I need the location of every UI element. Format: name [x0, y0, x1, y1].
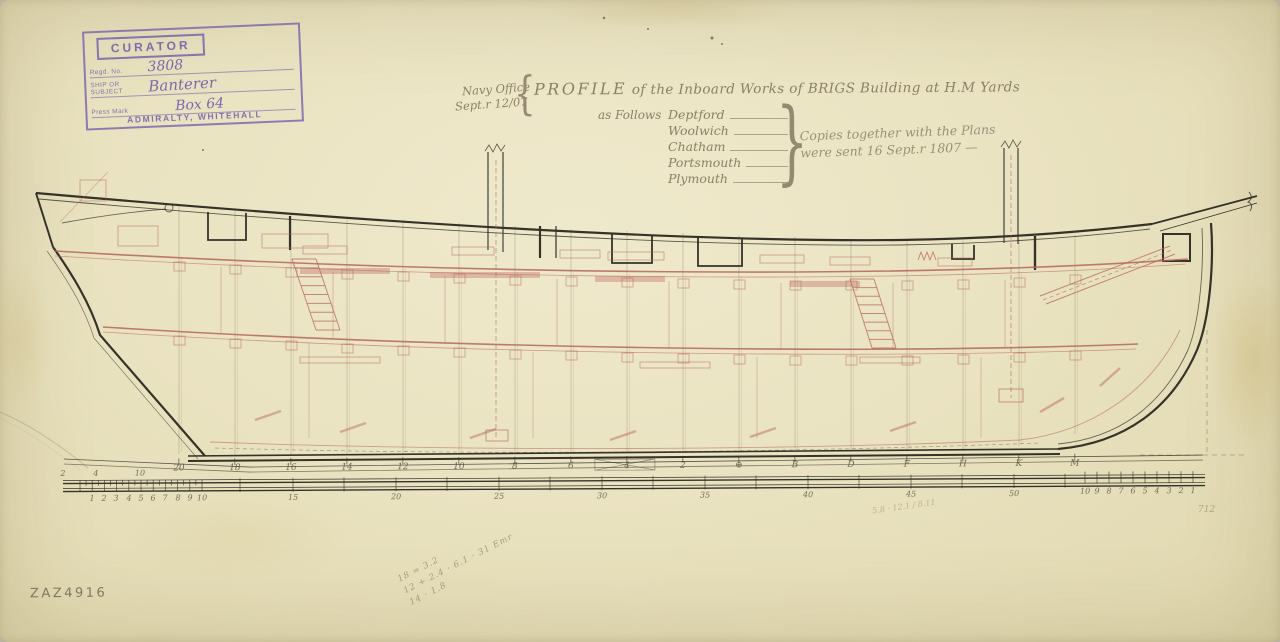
station-label: 2 — [679, 461, 686, 471]
beam-bracket — [510, 350, 521, 359]
scale-foot-label: 4 — [1153, 486, 1159, 495]
scale-foot-label: 15 — [288, 493, 298, 502]
station-label: 12 — [397, 462, 409, 472]
bowsprit — [1040, 246, 1175, 304]
station-label: 10 — [453, 462, 465, 472]
dockyard-name: Deptford — [668, 107, 725, 122]
beam-bracket — [566, 351, 577, 360]
beam-bracket — [678, 279, 689, 288]
hull-outline — [36, 192, 1257, 461]
scale-foot-label: 3 — [114, 494, 119, 503]
scale-foot-label: 7 — [1118, 486, 1124, 495]
archive-reference: ZAZ4916 — [30, 586, 107, 602]
station-label: 4 — [623, 461, 630, 471]
beam-bracket — [174, 336, 185, 345]
inscription-note: Copies together with the Plans were sent… — [799, 121, 996, 162]
scale-foot-label: 9 — [188, 493, 193, 502]
station-label: 8 — [512, 462, 518, 472]
scale-foot-label: 50 — [1009, 489, 1019, 498]
station-label: M — [1069, 459, 1080, 469]
beam-bracket — [902, 281, 913, 290]
station-label: B — [791, 460, 799, 470]
beam-bracket — [1014, 278, 1025, 287]
beam-bracket — [622, 353, 633, 362]
beam-bracket — [790, 356, 801, 365]
dockyard-name: Chatham — [668, 139, 725, 154]
scale-left-labels: 12345678910 — [90, 493, 208, 503]
scale-foot-label: 6 — [1130, 486, 1135, 495]
station-label: 20 — [172, 463, 185, 473]
beam-bracket — [342, 344, 353, 353]
scale-foot-label: 35 — [700, 491, 710, 500]
stamp-field-value: Banterer — [148, 73, 217, 95]
curator-stamp: CURATOR Regd. No. 3808 SHIP OR SUBJECT B… — [82, 22, 304, 130]
station-label: 18 — [229, 463, 241, 473]
scale-major-labels: 1520253035404550 — [288, 489, 1019, 502]
station-label: D — [846, 460, 854, 470]
scale-foot-label: 10 — [1080, 487, 1090, 496]
scale-foot-label: 2 — [1177, 486, 1183, 495]
stamp-field-label: SHIP OR SUBJECT — [90, 82, 123, 96]
scale-foot-label: 40 — [802, 490, 813, 499]
station-label: 6 — [568, 461, 574, 471]
beam-bracket — [846, 356, 857, 365]
beam-bracket — [1014, 353, 1025, 362]
scale-foot-label: 5 — [1142, 486, 1147, 495]
scale-foot-label: 9 — [1094, 487, 1099, 496]
station-label: H — [958, 459, 967, 469]
title-rest: of the Inboard Works of BRIGS Building a… — [627, 79, 1020, 98]
main-mast-stub — [485, 144, 505, 252]
inscription-brace-left: { — [514, 67, 536, 121]
beam-bracket — [1070, 351, 1081, 360]
deck-furniture — [118, 226, 972, 368]
tiller-line — [62, 209, 166, 223]
dockyard-item: Chatham — [668, 138, 788, 154]
scale-head-label: 10 — [135, 469, 145, 478]
scanned-ship-plan: 2018161412108642⊕BDFHKM 2410 12345678910… — [0, 0, 1280, 642]
dockyard-item: Deptford — [668, 106, 788, 122]
beam-bracket — [398, 346, 409, 355]
station-label: 14 — [341, 463, 353, 473]
station-label: K — [1015, 459, 1024, 469]
deck-hatches — [62, 204, 1035, 270]
scale-head-label: 2 — [59, 469, 65, 478]
beam-bracket — [958, 280, 969, 289]
beam-bracket — [230, 265, 241, 274]
dockyard-item: Plymouth — [668, 170, 788, 186]
scale-foot-label: 7 — [163, 493, 169, 502]
scale-head-labels: 2410 — [59, 469, 145, 478]
station-label: ⊕ — [735, 460, 743, 470]
scale-foot-label: 30 — [597, 491, 607, 500]
scale-foot-label: 4 — [126, 494, 132, 503]
scale-bar-lines — [63, 475, 1205, 492]
scale-foot-label: 1 — [90, 494, 95, 503]
beam-bracket — [398, 272, 409, 281]
dockyard-list: Deptford Woolwich Chatham Portsmouth Ply… — [668, 106, 788, 186]
scale-foot-label: 8 — [176, 493, 181, 502]
beam-bracket — [230, 339, 241, 348]
pencil-number: 712 — [1198, 505, 1215, 515]
inscription-subtitle: as Follows — [598, 108, 661, 122]
scale-head-label: 4 — [92, 469, 98, 478]
station-label: 16 — [285, 463, 297, 473]
beam-bracket — [566, 277, 577, 286]
scale-foot-label: 1 — [1190, 486, 1195, 495]
galley-chimney-squiggle — [918, 252, 936, 260]
scale-foot-label: 20 — [390, 492, 401, 501]
beam-bracket — [734, 280, 745, 289]
dockyard-item: Portsmouth — [668, 154, 788, 170]
bowsprit-break-squiggle — [1248, 192, 1252, 211]
scale-foot-label: 45 — [905, 490, 916, 499]
dockyard-name: Plymouth — [668, 171, 728, 186]
dockyard-name: Portsmouth — [668, 155, 741, 170]
scale-foot-label: 6 — [151, 494, 156, 503]
masts — [485, 140, 1175, 441]
stamp-field-label: Regd. No. — [90, 68, 123, 76]
scale-foot-label: 25 — [493, 492, 504, 501]
bilge-timber-marks — [255, 368, 1120, 440]
station-label: F — [903, 460, 911, 470]
beam-bracket — [958, 355, 969, 364]
scale-foot-label: 5 — [139, 494, 144, 503]
scale-foot-label: 3 — [1166, 486, 1171, 495]
beam-bracket — [734, 355, 745, 364]
scale-right-labels: 10987654321 — [1080, 486, 1196, 496]
title-word: PROFILE — [534, 79, 627, 99]
dockyard-item: Woolwich — [668, 122, 788, 138]
beam-bracket — [454, 348, 465, 357]
station-frame-lines — [179, 206, 1078, 455]
scale-foot-label: 2 — [101, 494, 107, 503]
scale-foot-label: 8 — [1106, 487, 1111, 496]
stamp-field-value: 3808 — [147, 57, 184, 75]
dockyard-name: Woolwich — [668, 123, 729, 138]
scale-foot-label: 10 — [197, 493, 207, 502]
